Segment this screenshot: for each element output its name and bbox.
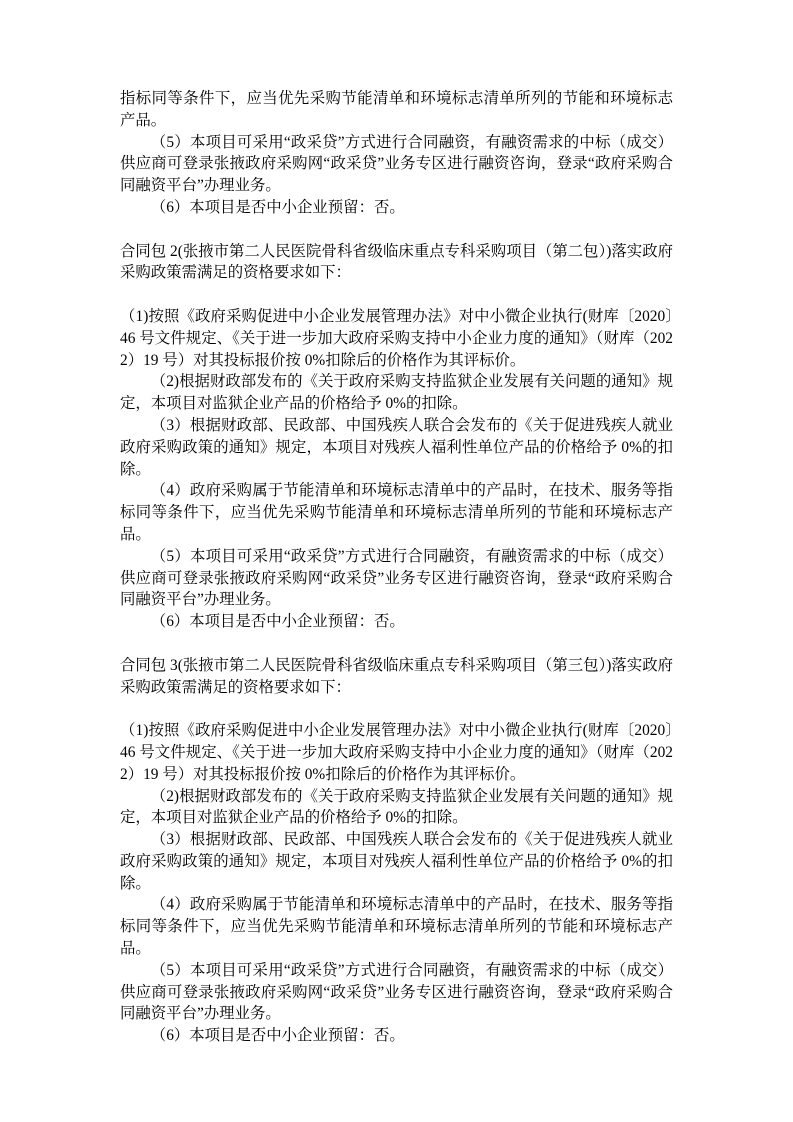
- paragraph-item4: （4）政府采购属于节能清单和环境标志清单中的产品时，在技术、服务等指标同等条件下…: [120, 480, 673, 545]
- paragraph-item6: （6）本项目是否中小企业预留：否。: [120, 197, 673, 219]
- paragraph-item3: （3）根据财政部、民政部、中国残疾人联合会发布的《关于促进残疾人就业政府采购政策…: [120, 829, 673, 894]
- paragraph-item3: （3）根据财政部、民政部、中国残疾人联合会发布的《关于促进残疾人就业政府采购政策…: [120, 415, 673, 480]
- package3-heading: 合同包 3(张掖市第二人民医院骨科省级临床重点专科采购项目（第三包）)落实政府采…: [120, 655, 673, 699]
- paragraph-item5: （5）本项目可采用“政采贷”方式进行合同融资，有融资需求的中标（成交）供应商可登…: [120, 132, 673, 197]
- paragraph-item5: （5）本项目可采用“政采贷”方式进行合同融资，有融资需求的中标（成交）供应商可登…: [120, 960, 673, 1025]
- paragraph-item6: （6）本项目是否中小企业预留：否。: [120, 1025, 673, 1047]
- paragraph-item6: （6）本项目是否中小企业预留：否。: [120, 611, 673, 633]
- paragraph-item2: （2)根据财政部发布的《关于政府采购支持监狱企业发展有关问题的通知》规定，本项目…: [120, 786, 673, 830]
- paragraph-item1: （1)按照《政府采购促进中小企业发展管理办法》对中小微企业执行(财库〔2020〕…: [120, 306, 673, 371]
- section-package1-tail: 指标同等条件下，应当优先采购节能清单和环境标志清单所列的节能和环境标志产品。 （…: [120, 88, 673, 219]
- paragraph-item5: （5）本项目可采用“政采贷”方式进行合同融资，有融资需求的中标（成交）供应商可登…: [120, 546, 673, 611]
- package2-heading: 合同包 2(张掖市第二人民医院骨科省级临床重点专科采购项目（第二包）)落实政府采…: [120, 241, 673, 285]
- paragraph-item2: （2)根据财政部发布的《关于政府采购支持监狱企业发展有关问题的通知》规定，本项目…: [120, 371, 673, 415]
- paragraph-item4-continuation: 指标同等条件下，应当优先采购节能清单和环境标志清单所列的节能和环境标志产品。: [120, 88, 673, 132]
- section-package2: 合同包 2(张掖市第二人民医院骨科省级临床重点专科采购项目（第二包）)落实政府采…: [120, 241, 673, 633]
- section-package3: 合同包 3(张掖市第二人民医院骨科省级临床重点专科采购项目（第三包）)落实政府采…: [120, 655, 673, 1047]
- document-page: 指标同等条件下，应当优先采购节能清单和环境标志清单所列的节能和环境标志产品。 （…: [0, 0, 793, 1122]
- paragraph-item4: （4）政府采购属于节能清单和环境标志清单中的产品时，在技术、服务等指标同等条件下…: [120, 894, 673, 959]
- paragraph-item1: （1)按照《政府采购促进中小企业发展管理办法》对中小微企业执行(财库〔2020〕…: [120, 720, 673, 785]
